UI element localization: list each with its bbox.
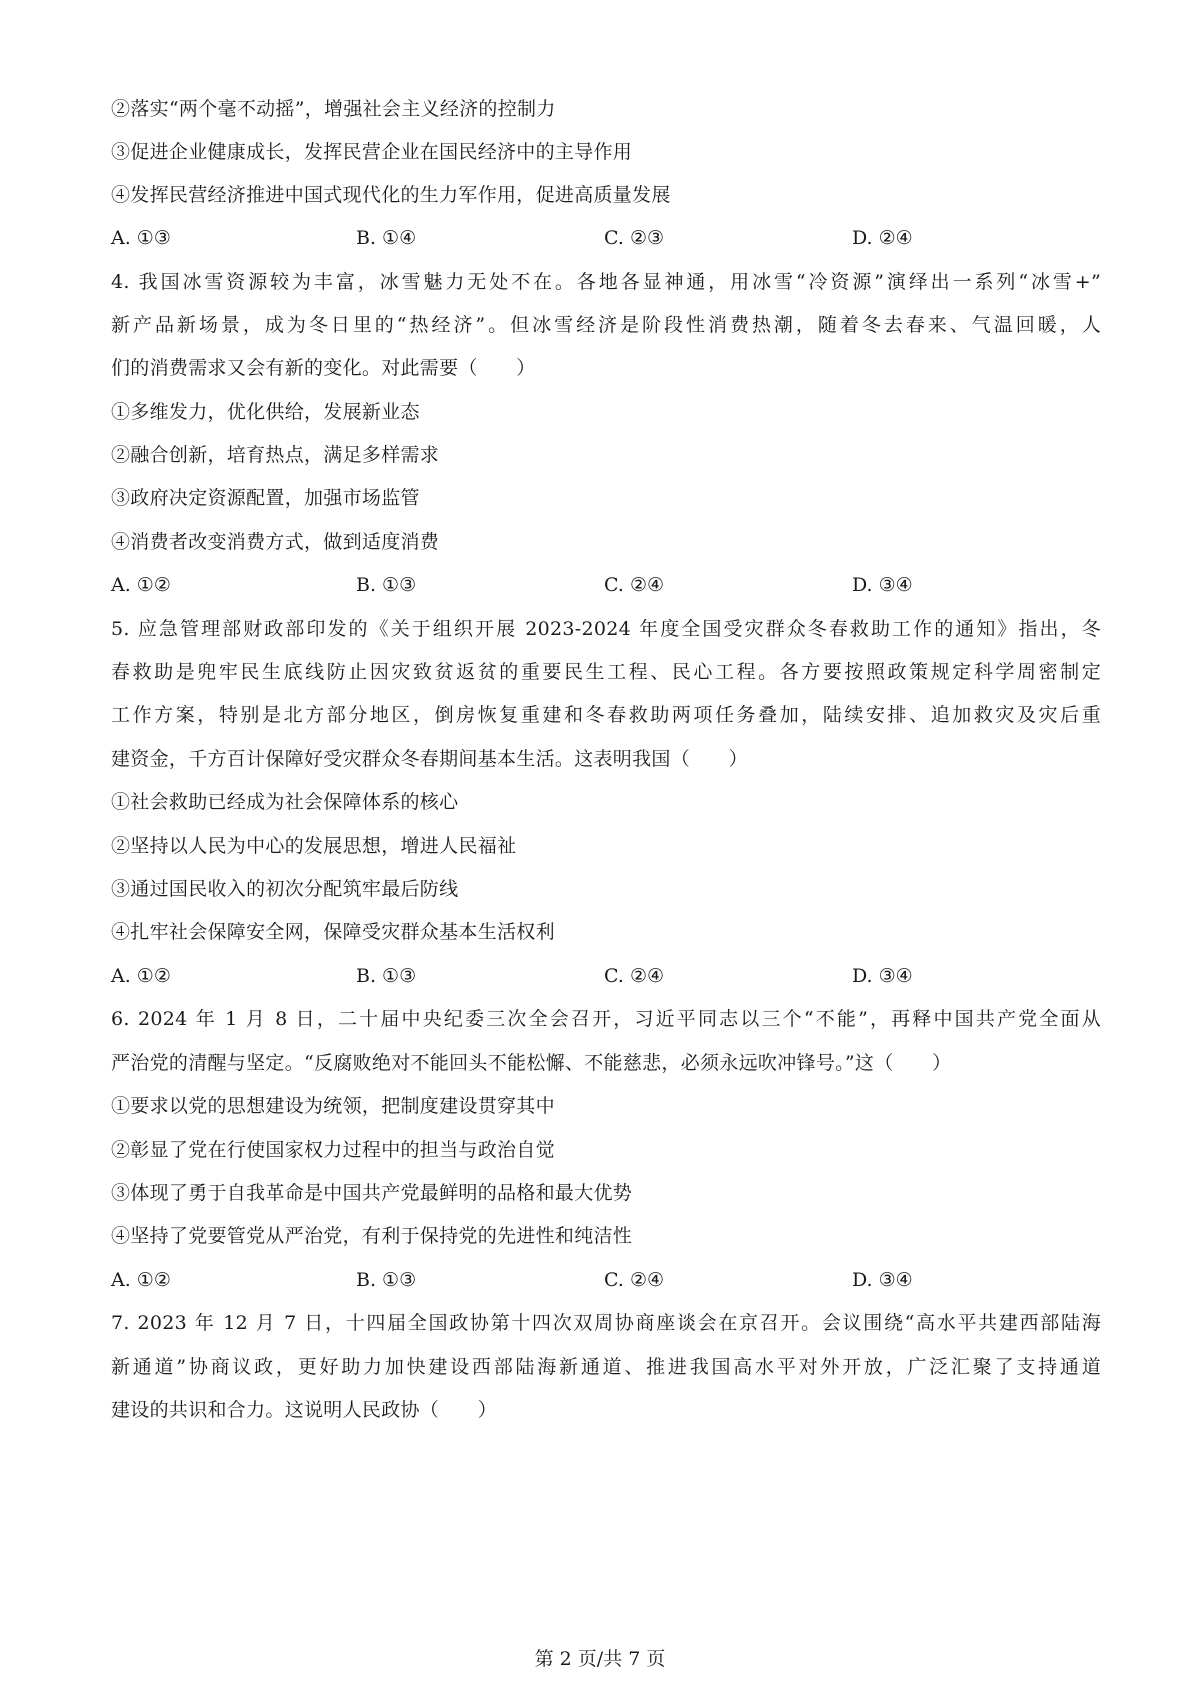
statement-q5-3: ③通过国民收入的初次分配筑牢最后防线 bbox=[111, 875, 1101, 903]
statement-q4-3: ③政府决定资源配置，加强市场监管 bbox=[111, 484, 1101, 512]
option-c: C. ②④ bbox=[604, 962, 664, 990]
option-b: B. ①③ bbox=[356, 571, 416, 599]
question-5-stem-line-3: 工作方案，特别是北方部分地区，倒房恢复重建和冬春救助两项任务叠加，陆续安排、追加… bbox=[111, 701, 1101, 729]
option-c: C. ②④ bbox=[604, 571, 664, 599]
option-b: B. ①④ bbox=[356, 224, 416, 252]
statement-q6-1: ①要求以党的思想建设为统领，把制度建设贯穿其中 bbox=[111, 1092, 1101, 1120]
option-b: B. ①③ bbox=[356, 962, 416, 990]
statement-q4-1: ①多维发力，优化供给，发展新业态 bbox=[111, 398, 1101, 426]
option-d: D. ③④ bbox=[852, 571, 913, 599]
question-7-stem-line-2: 新通道”协商议政，更好助力加快建设西部陆海新通道、推进我国高水平对外开放，广泛汇… bbox=[111, 1353, 1101, 1381]
options-q4: A. ①② B. ①③ C. ②④ D. ③④ bbox=[111, 571, 1101, 599]
statement-q5-2: ②坚持以人民为中心的发展思想，增进人民福祉 bbox=[111, 832, 1101, 860]
options-q6: A. ①② B. ①③ C. ②④ D. ③④ bbox=[111, 1266, 1101, 1294]
option-c: C. ②④ bbox=[604, 1266, 664, 1294]
statement-q3-2: ②落实“两个毫不动摇”，增强社会主义经济的控制力 bbox=[111, 95, 1101, 123]
question-4-stem-line-1: 4. 我国冰雪资源较为丰富，冰雪魅力无处不在。各地各显神通，用冰雪“冷资源”演绎… bbox=[111, 268, 1101, 296]
question-4-stem-line-2: 新产品新场景，成为冬日里的“热经济”。但冰雪经济是阶段性消费热潮，随着冬去春来、… bbox=[111, 311, 1101, 339]
statement-q3-3: ③促进企业健康成长，发挥民营企业在国民经济中的主导作用 bbox=[111, 138, 1101, 166]
option-a: A. ①② bbox=[111, 962, 171, 990]
page-indicator: 第 2 页/共 7 页 bbox=[0, 1645, 1200, 1673]
question-7-stem-line-1: 7. 2023 年 12 月 7 日，十四届全国政协第十四次双周协商座谈会在京召… bbox=[111, 1309, 1101, 1337]
question-5-stem-line-1: 5. 应急管理部财政部印发的《关于组织开展 2023-2024 年度全国受灾群众… bbox=[111, 615, 1101, 643]
statement-q3-4: ④发挥民营经济推进中国式现代化的生力军作用，促进高质量发展 bbox=[111, 181, 1101, 209]
option-d: D. ②④ bbox=[852, 224, 913, 252]
option-a: A. ①③ bbox=[111, 224, 171, 252]
question-6-stem-line-1: 6. 2024 年 1 月 8 日，二十届中央纪委三次全会召开，习近平同志以三个… bbox=[111, 1005, 1101, 1033]
question-5-stem-line-2: 春救助是兜牢民生底线防止因灾致贫返贫的重要民生工程、民心工程。各方要按照政策规定… bbox=[111, 658, 1101, 686]
option-b: B. ①③ bbox=[356, 1266, 416, 1294]
option-a: A. ①② bbox=[111, 571, 171, 599]
option-c: C. ②③ bbox=[604, 224, 664, 252]
option-d: D. ③④ bbox=[852, 1266, 913, 1294]
statement-q6-4: ④坚持了党要管党从严治党，有利于保持党的先进性和纯洁性 bbox=[111, 1222, 1101, 1250]
statement-q5-4: ④扎牢社会保障安全网，保障受灾群众基本生活权利 bbox=[111, 918, 1101, 946]
statement-q4-2: ②融合创新，培育热点，满足多样需求 bbox=[111, 441, 1101, 469]
statement-q6-2: ②彰显了党在行使国家权力过程中的担当与政治自觉 bbox=[111, 1136, 1101, 1164]
statement-q6-3: ③体现了勇于自我革命是中国共产党最鲜明的品格和最大优势 bbox=[111, 1179, 1101, 1207]
statement-q5-1: ①社会救助已经成为社会保障体系的核心 bbox=[111, 788, 1101, 816]
statement-q4-4: ④消费者改变消费方式，做到适度消费 bbox=[111, 528, 1101, 556]
option-a: A. ①② bbox=[111, 1266, 171, 1294]
exam-page: ②落实“两个毫不动摇”，增强社会主义经济的控制力 ③促进企业健康成长，发挥民营企… bbox=[0, 0, 1200, 1698]
question-5-stem-line-4: 建资金，千方百计保障好受灾群众冬春期间基本生活。这表明我国（ ） bbox=[111, 745, 1101, 773]
question-6-stem-line-2: 严治党的清醒与坚定。“反腐败绝对不能回头不能松懈、不能慈悲，必须永远吹冲锋号。”… bbox=[111, 1049, 1101, 1077]
option-d: D. ③④ bbox=[852, 962, 913, 990]
options-q3: A. ①③ B. ①④ C. ②③ D. ②④ bbox=[111, 224, 1101, 252]
options-q5: A. ①② B. ①③ C. ②④ D. ③④ bbox=[111, 962, 1101, 990]
question-7-stem-line-3: 建设的共识和合力。这说明人民政协（ ） bbox=[111, 1396, 1101, 1424]
question-4-stem-line-3: 们的消费需求又会有新的变化。对此需要（ ） bbox=[111, 354, 1101, 382]
